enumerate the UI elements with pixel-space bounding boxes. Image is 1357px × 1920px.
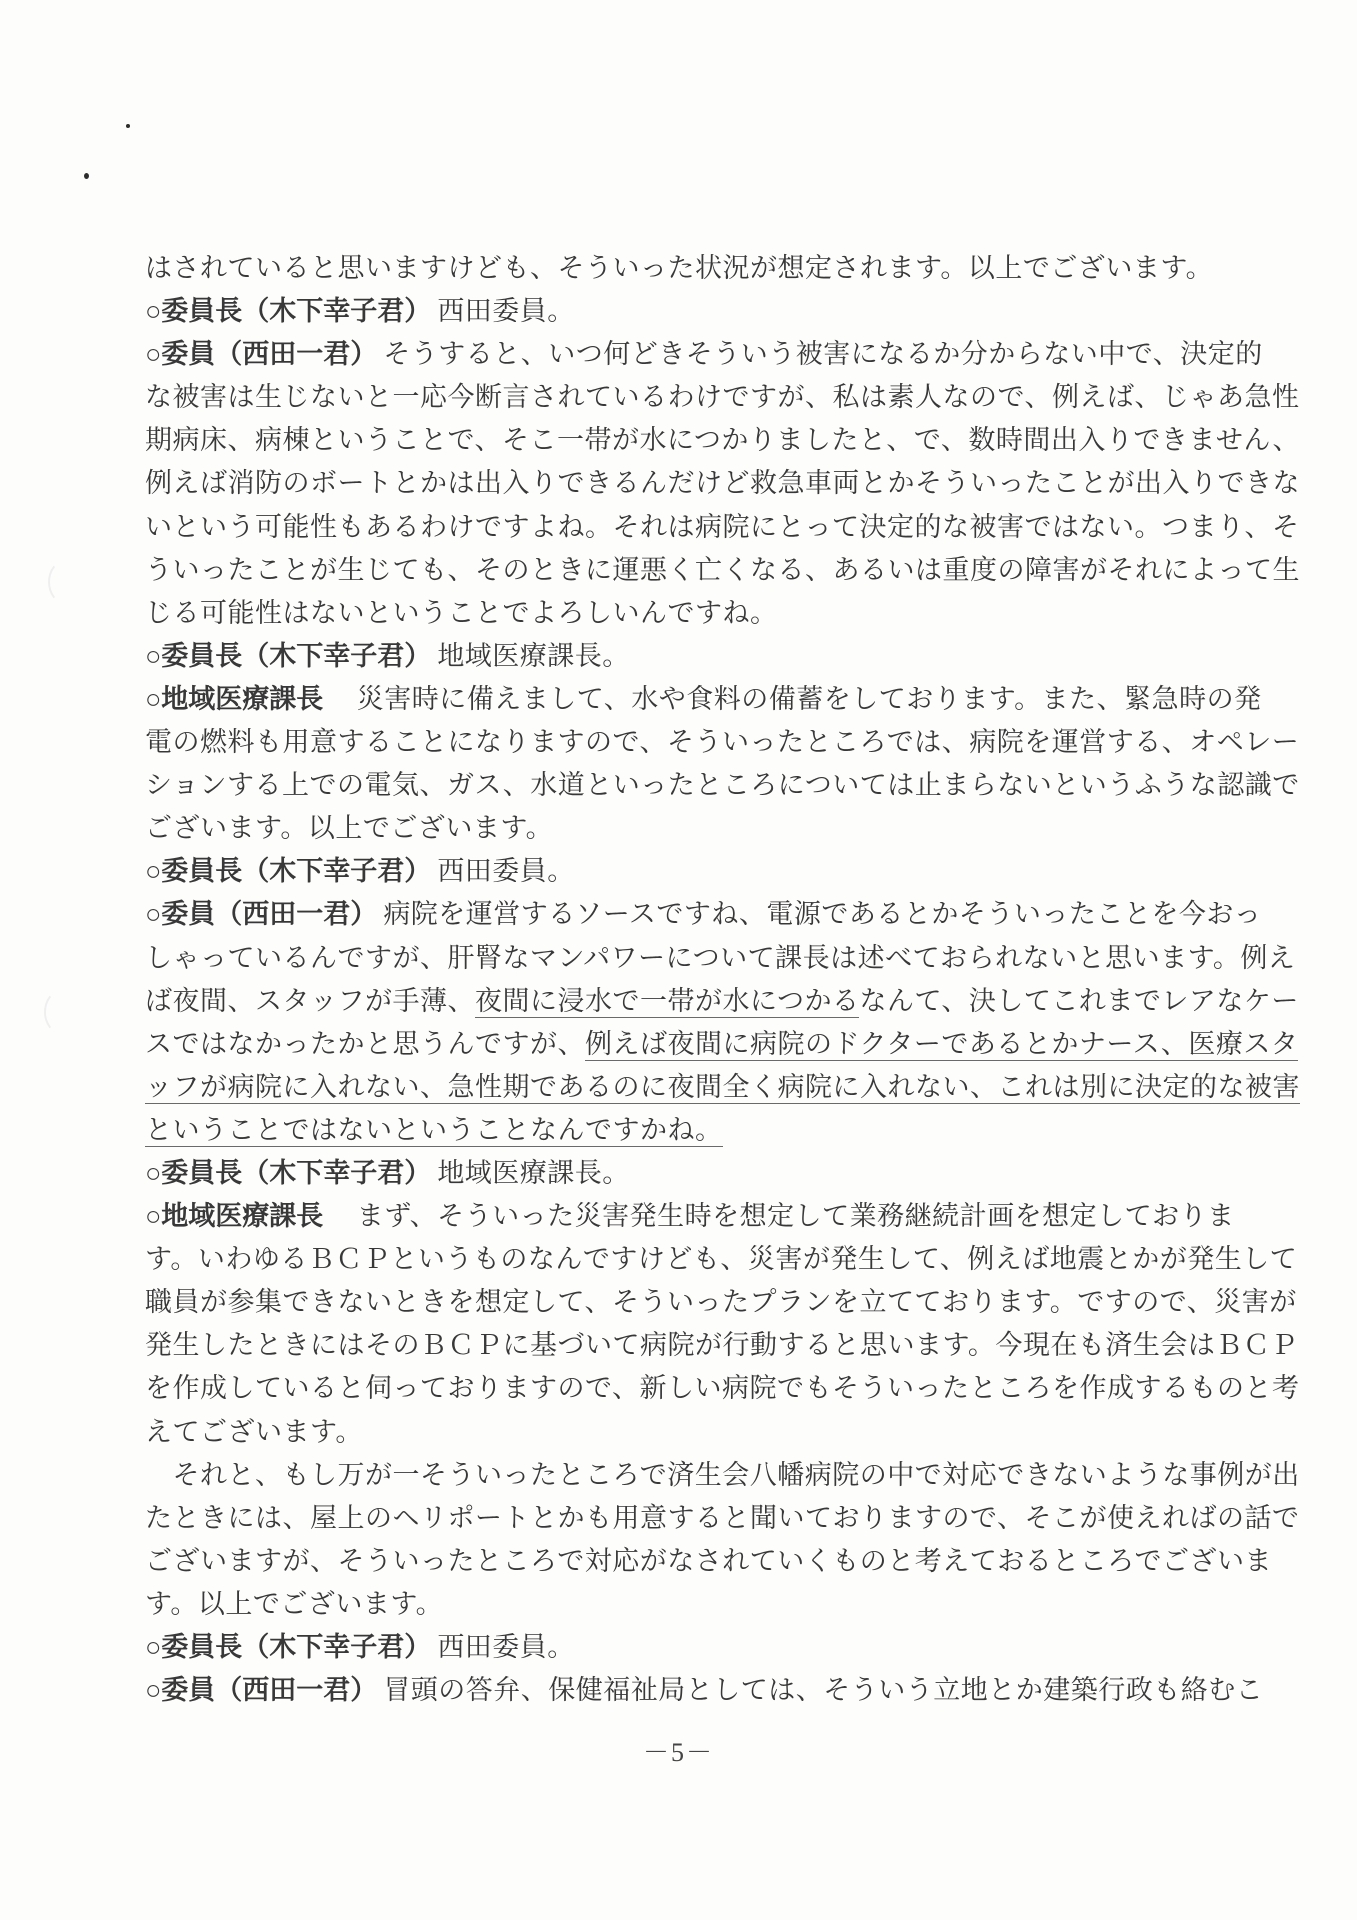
text-line: ○委員長（木下幸子君）西田委員。 — [145, 850, 1193, 893]
text-segment: 西田委員。 — [437, 296, 575, 326]
underlined-text-segment: 例えば夜間に病院のドクターであるとかナース、医療スタ — [585, 1029, 1298, 1061]
speaker-name: ○地域医療課長 — [145, 1201, 323, 1231]
speaker-name: ○委員（西田一君） — [145, 1675, 377, 1705]
text-segment: 病院を運営するソースですね、電源であるとかそういったことを今おっ — [383, 899, 1261, 929]
underlined-text-segment: ということではないということなんですかね。 — [145, 1115, 723, 1147]
speaker-name: ○委員（西田一君） — [145, 899, 377, 929]
speaker-name: ○委員長（木下幸子君） — [145, 641, 431, 671]
text-line: す。以上でございます。 — [145, 1583, 1193, 1626]
underlined-text-segment: 夜間に浸水で一帯が水につかる — [475, 986, 859, 1018]
page-number: －5－ — [0, 1732, 1357, 1769]
text-segment: なんて、決してこれまでレアなケー — [859, 986, 1298, 1016]
text-line: ということではないということなんですかね。 — [145, 1109, 1193, 1152]
text-line: ○委員長（木下幸子君）地域医療課長。 — [145, 635, 1193, 678]
text-line: 発生したときにはそのＢＣＰに基づいて病院が行動すると思います。今現在も済生会はＢ… — [145, 1324, 1193, 1367]
speaker-name: ○委員長（木下幸子君） — [145, 1158, 431, 1188]
text-line: ○委員（西田一君）冒頭の答弁、保健福祉局としては、そういう立地とか建築行政も絡む… — [145, 1669, 1193, 1712]
speaker-name: ○委員長（木下幸子君） — [145, 856, 431, 886]
text-segment: しゃっているんですが、肝腎なマンパワーについて課長は述べておられないと思います。… — [145, 943, 1295, 973]
text-line: えてございます。 — [145, 1411, 1193, 1454]
text-line: ○委員（西田一君）そうすると、いつ何どきそういう被害になるか分からない中で、決定… — [145, 333, 1193, 376]
text-line: はされていると思いますけども、そういった状況が想定されます。以上でございます。 — [145, 247, 1193, 290]
document-page: はされていると思いますけども、そういった状況が想定されます。以上でございます。○… — [0, 0, 1357, 1920]
text-segment: 職員が参集できないときを想定して、そういったプランを立てております。ですので、災… — [145, 1287, 1297, 1317]
text-line: ○委員（西田一君）病院を運営するソースですね、電源であるとかそういったことを今お… — [145, 893, 1193, 936]
text-line: ○地域医療課長 災害時に備えまして、水や食料の備蓄をしております。また、緊急時の… — [145, 678, 1193, 721]
text-line: な被害は生じないと一応今断言されているわけですが、私は素人なので、例えば、じゃあ… — [145, 376, 1193, 419]
text-line: それと、もし万が一そういったところで済生会八幡病院の中で対応できないような事例が… — [145, 1454, 1193, 1497]
text-line: しゃっているんですが、肝腎なマンパワーについて課長は述べておられないと思います。… — [145, 937, 1193, 980]
text-segment: ございます。以上でございます。 — [145, 813, 553, 843]
text-segment: す。いわゆるＢＣＰというものなんですけども、災害が発生して、例えば地震とかが発生… — [145, 1244, 1297, 1274]
text-line: を作成していると伺っておりますので、新しい病院でもそういったところを作成するもの… — [145, 1367, 1193, 1410]
scan-dot-artifact — [84, 173, 89, 179]
text-segment: 電の燃料も用意することになりますので、そういったところでは、病院を運営する、オペ… — [145, 727, 1299, 757]
text-segment: いという可能性もあるわけですよね。それは病院にとって決定的な被害ではない。つまり… — [145, 512, 1299, 542]
text-segment: ションする上での電気、ガス、水道といったところについては止まらないというふうな認… — [145, 770, 1300, 800]
text-segment: 発生したときにはそのＢＣＰに基づいて病院が行動すると思います。今現在も済生会はＢ… — [145, 1330, 1298, 1360]
text-segment: 災害時に備えまして、水や食料の備蓄をしております。また、緊急時の発 — [329, 684, 1261, 714]
text-segment: を作成していると伺っておりますので、新しい病院でもそういったところを作成するもの… — [145, 1373, 1299, 1403]
text-segment: ございますが、そういったところで対応がなされていくものと考えておるところでござい… — [145, 1546, 1272, 1576]
text-segment: えてございます。 — [145, 1417, 363, 1447]
text-line: ○地域医療課長 まず、そういった災害発生時を想定して業務継続計画を想定しておりま — [145, 1195, 1193, 1238]
speaker-name: ○委員長（木下幸子君） — [145, 1632, 431, 1662]
text-segment: 冒頭の答弁、保健福祉局としては、そういう立地とか建築行政も絡むこ — [383, 1675, 1263, 1705]
scan-dot-artifact — [126, 124, 130, 128]
text-segment: たときには、屋上のヘリポートとかも用意すると聞いておりますので、そこが使えればの… — [145, 1503, 1299, 1533]
speaker-name: ○地域医療課長 — [145, 684, 323, 714]
text-segment: まず、そういった災害発生時を想定して業務継続計画を想定しておりま — [329, 1201, 1234, 1231]
text-line: いという可能性もあるわけですよね。それは病院にとって決定的な被害ではない。つまり… — [145, 506, 1193, 549]
text-segment: ういったことが生じても、そのときに運悪く亡くなる、あるいは重度の障害がそれによっ… — [145, 555, 1300, 585]
scan-ghost-artifact — [44, 990, 78, 1034]
text-segment: ば夜間、スタッフが手薄、 — [145, 986, 475, 1016]
text-line: ういったことが生じても、そのときに運悪く亡くなる、あるいは重度の障害がそれによっ… — [145, 549, 1193, 592]
text-segment: スではなかったかと思うんですが、 — [145, 1029, 585, 1059]
text-line: ○委員長（木下幸子君）西田委員。 — [145, 290, 1193, 333]
text-line: 職員が参集できないときを想定して、そういったプランを立てております。ですので、災… — [145, 1281, 1193, 1324]
text-line: じる可能性はないということでよろしいんですね。 — [145, 592, 1193, 635]
text-segment: そうすると、いつ何どきそういう被害になるか分からない中で、決定的 — [383, 339, 1262, 369]
text-line: す。いわゆるＢＣＰというものなんですけども、災害が発生して、例えば地震とかが発生… — [145, 1238, 1193, 1281]
text-segment: それと、もし万が一そういったところで済生会八幡病院の中で対応できないような事例が… — [145, 1460, 1300, 1490]
text-segment: はされていると思いますけども、そういった状況が想定されます。以上でございます。 — [145, 253, 1213, 283]
text-line: ッフが病院に入れない、急性期であるのに夜間全く病院に入れない、これは別に決定的な… — [145, 1066, 1193, 1109]
text-line: ○委員長（木下幸子君）西田委員。 — [145, 1626, 1193, 1669]
text-line: 期病床、病棟ということで、そこ一帯が水につかりましたと、で、数時間出入りできませ… — [145, 419, 1193, 462]
document-lines: はされていると思いますけども、そういった状況が想定されます。以上でございます。○… — [145, 247, 1193, 1712]
text-segment: 西田委員。 — [437, 856, 575, 886]
text-segment: な被害は生じないと一応今断言されているわけですが、私は素人なので、例えば、じゃあ… — [145, 382, 1299, 412]
speaker-name: ○委員長（木下幸子君） — [145, 296, 431, 326]
text-line: ションする上での電気、ガス、水道といったところについては止まらないというふうな認… — [145, 764, 1193, 807]
text-line: 例えば消防のボートとかは出入りできるんだけど救急車両とかそういったことが出入りで… — [145, 462, 1193, 505]
text-segment: 例えば消防のボートとかは出入りできるんだけど救急車両とかそういったことが出入りで… — [145, 468, 1300, 498]
text-segment: 西田委員。 — [437, 1632, 575, 1662]
text-line: ございますが、そういったところで対応がなされていくものと考えておるところでござい… — [145, 1540, 1193, 1583]
text-line: ○委員長（木下幸子君）地域医療課長。 — [145, 1152, 1193, 1195]
text-line: 電の燃料も用意することになりますので、そういったところでは、病院を運営する、オペ… — [145, 721, 1193, 764]
text-segment: す。以上でございます。 — [145, 1589, 443, 1619]
text-line: スではなかったかと思うんですが、例えば夜間に病院のドクターであるとかナース、医療… — [145, 1023, 1193, 1066]
text-segment: 期病床、病棟ということで、そこ一帯が水につかりましたと、で、数時間出入りできませ… — [145, 425, 1300, 455]
text-segment: 地域医療課長。 — [437, 641, 630, 671]
text-segment: じる可能性はないということでよろしいんですね。 — [145, 598, 778, 628]
text-line: たときには、屋上のヘリポートとかも用意すると聞いておりますので、そこが使えればの… — [145, 1497, 1193, 1540]
speaker-name: ○委員（西田一君） — [145, 339, 377, 369]
text-line: ば夜間、スタッフが手薄、夜間に浸水で一帯が水につかるなんて、決してこれまでレアな… — [145, 980, 1193, 1023]
scan-ghost-artifact — [48, 560, 82, 604]
text-line: ございます。以上でございます。 — [145, 807, 1193, 850]
underlined-text-segment: ッフが病院に入れない、急性期であるのに夜間全く病院に入れない、これは別に決定的な… — [145, 1072, 1300, 1104]
text-segment: 地域医療課長。 — [437, 1158, 630, 1188]
